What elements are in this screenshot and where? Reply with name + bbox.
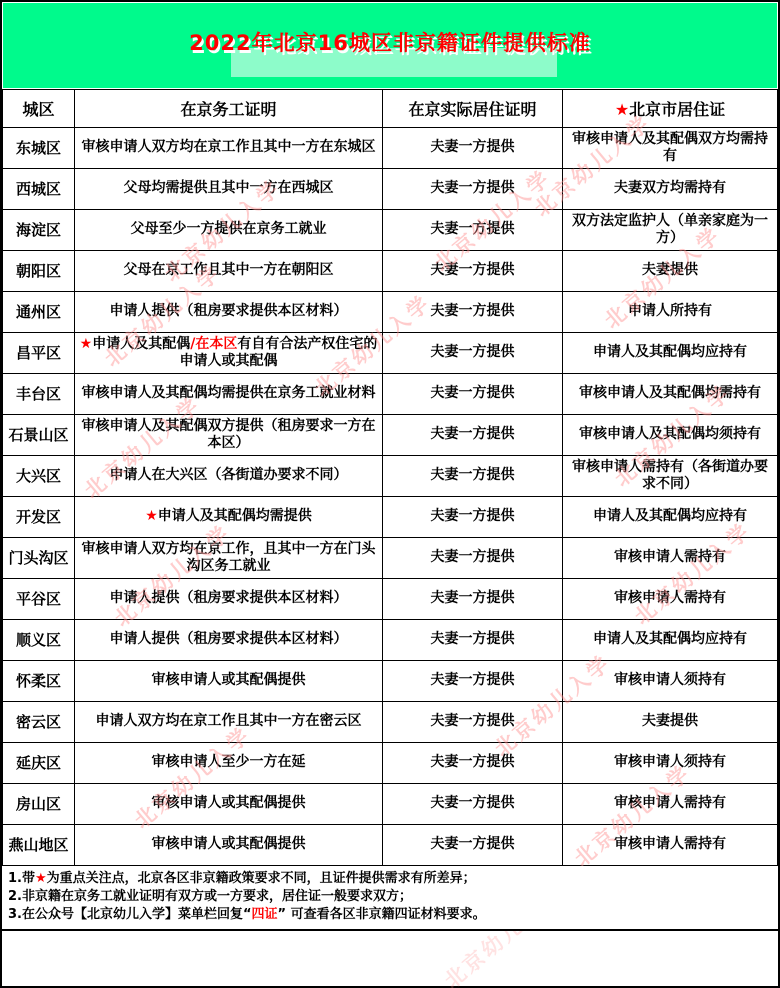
work-cell: 申请人提供（租房要求提供本区材料） [75,579,383,620]
work-cell: 审核申请人至少一方在延 [75,743,383,784]
work-text: 申请人双方均在京工作且其中一方在密云区 [96,713,362,729]
table-row: 燕山地区 审核申请人或其配偶提供 夫妻一方提供 审核申请人需持有 [3,825,778,866]
work-text: 父母均需提供且其中一方在西城区 [124,180,334,196]
footnotes: 1.带★为重点关注点，北京各区非京籍政策要求不同，且证件提供需求有所差异； 2.… [2,866,778,931]
permit-cell: 审核申请人需持有（各街道办要求不同） [563,456,778,497]
district-cell: 西城区 [3,169,75,210]
residence-cell: 夫妻一方提供 [383,538,563,579]
header-row: 城区 在京务工证明 在京实际居住证明 ★北京市居住证 [3,90,778,128]
work-text: 申请人及其配偶 [92,336,190,352]
work-cell: 父母在京工作且其中一方在朝阳区 [75,251,383,292]
header-work: 在京务工证明 [75,90,383,128]
residence-cell: 夫妻一方提供 [383,128,563,169]
residence-cell: 夫妻一方提供 [383,661,563,702]
table-row: 朝阳区 父母在京工作且其中一方在朝阳区 夫妻一方提供 夫妻提供 [3,251,778,292]
work-text: 父母在京工作且其中一方在朝阳区 [124,262,334,278]
district-cell: 房山区 [3,784,75,825]
work-cell: 申请人提供（租房要求提供本区材料） [75,620,383,661]
table-body: 东城区 审核申请人双方均在京工作且其中一方在东城区 夫妻一方提供 审核申请人及其… [3,128,778,866]
work-cell: 申请人在大兴区（各街道办要求不同） [75,456,383,497]
permit-cell: 申请人及其配偶均应持有 [563,620,778,661]
residence-cell: 夫妻一方提供 [383,333,563,374]
residence-cell: 夫妻一方提供 [383,292,563,333]
residence-cell: 夫妻一方提供 [383,825,563,866]
work-cell: 审核申请人双方均在京工作且其中一方在东城区 [75,128,383,169]
table-row: 顺义区 申请人提供（租房要求提供本区材料） 夫妻一方提供 申请人及其配偶均应持有 [3,620,778,661]
district-cell: 石景山区 [3,415,75,456]
title-banner: 2022年北京16城区非京籍证件提供标准 [3,3,777,88]
work-text: 审核申请人或其配偶提供 [152,672,306,688]
note-2: 2.非京籍在京务工就业证明有双方或一方要求，居住证一般要求双方； [8,888,772,906]
page-title: 2022年北京16城区非京籍证件提供标准 [3,27,777,57]
work-cell: 审核申请人双方均在京工作，且其中一方在门头沟区务工就业 [75,538,383,579]
permit-cell: 审核申请人需持有 [563,579,778,620]
work-text: 审核申请人或其配偶提供 [152,836,306,852]
work-cell: 审核申请人或其配偶提供 [75,784,383,825]
table-row: 怀柔区 审核申请人或其配偶提供 夫妻一方提供 审核申请人须持有 [3,661,778,702]
work-text: 申请人提供（租房要求提供本区材料） [110,590,348,606]
work-cell: ★申请人及其配偶/在本区有自有合法产权住宅的申请人或其配偶 [75,333,383,374]
work-cell: 审核申请人及其配偶双方提供（租房要求一方在本区） [75,415,383,456]
work-text: 审核申请人及其配偶均需提供在京务工就业材料 [82,385,376,401]
district-cell: 丰台区 [3,374,75,415]
table-row: 海淀区 父母至少一方提供在京务工就业 夫妻一方提供 双方法定监护人（单亲家庭为一… [3,210,778,251]
residence-cell: 夫妻一方提供 [383,374,563,415]
table-row: 开发区 ★申请人及其配偶均需提供 夫妻一方提供 申请人及其配偶均应持有 [3,497,778,538]
permit-cell: 夫妻提供 [563,702,778,743]
work-text: 申请人在大兴区（各街道办要求不同） [110,467,348,483]
work-text-red: /在本区 [190,336,237,352]
residence-cell: 夫妻一方提供 [383,743,563,784]
district-cell: 昌平区 [3,333,75,374]
table-row: 密云区 申请人双方均在京工作且其中一方在密云区 夫妻一方提供 夫妻提供 [3,702,778,743]
residence-cell: 夫妻一方提供 [383,620,563,661]
residence-cell: 夫妻一方提供 [383,251,563,292]
empty-footer-area [2,931,778,986]
residence-cell: 夫妻一方提供 [383,497,563,538]
permit-cell: 审核申请人及其配偶均需持有 [563,374,778,415]
permit-cell: 审核申请人须持有 [563,661,778,702]
work-cell: ★申请人及其配偶均需提供 [75,497,383,538]
residence-cell: 夫妻一方提供 [383,579,563,620]
district-cell: 密云区 [3,702,75,743]
table-row: 通州区 申请人提供（租房要求提供本区材料） 夫妻一方提供 申请人所持有 [3,292,778,333]
residence-cell: 夫妻一方提供 [383,210,563,251]
table-row: 西城区 父母均需提供且其中一方在西城区 夫妻一方提供 夫妻双方均需持有 [3,169,778,210]
work-text: 审核申请人及其配偶双方提供（租房要求一方在本区） [82,418,376,452]
work-text: 申请人提供（租房要求提供本区材料） [110,631,348,647]
permit-cell: 申请人所持有 [563,292,778,333]
work-cell: 审核申请人及其配偶均需提供在京务工就业材料 [75,374,383,415]
permit-cell: 申请人及其配偶均应持有 [563,333,778,374]
district-cell: 顺义区 [3,620,75,661]
permit-cell: 审核申请人及其配偶双方均需持有 [563,128,778,169]
permit-cell: 审核申请人须持有 [563,743,778,784]
work-text: 审核申请人至少一方在延 [152,754,306,770]
district-cell: 朝阳区 [3,251,75,292]
permit-cell: 审核申请人需持有 [563,825,778,866]
permit-cell: 审核申请人需持有 [563,538,778,579]
note-1: 1.带★为重点关注点，北京各区非京籍政策要求不同，且证件提供需求有所差异； [8,870,772,888]
district-cell: 门头沟区 [3,538,75,579]
work-cell: 父母均需提供且其中一方在西城区 [75,169,383,210]
work-cell: 审核申请人或其配偶提供 [75,661,383,702]
work-text: 申请人提供（租房要求提供本区材料） [110,303,348,319]
table-row: 平谷区 申请人提供（租房要求提供本区材料） 夫妻一方提供 审核申请人需持有 [3,579,778,620]
header-residence: 在京实际居住证明 [383,90,563,128]
permit-cell: 审核申请人需持有 [563,784,778,825]
note-3: 3.在公众号【北京幼儿入学】菜单栏回复“四证” 可查看各区非京籍四证材料要求。 [8,906,772,924]
table-row: 石景山区 审核申请人及其配偶双方提供（租房要求一方在本区） 夫妻一方提供 审核申… [3,415,778,456]
table-row: 大兴区 申请人在大兴区（各街道办要求不同） 夫妻一方提供 审核申请人需持有（各街… [3,456,778,497]
permit-cell: 夫妻双方均需持有 [563,169,778,210]
table-row: 房山区 审核申请人或其配偶提供 夫妻一方提供 审核申请人需持有 [3,784,778,825]
district-cell: 东城区 [3,128,75,169]
residence-cell: 夫妻一方提供 [383,456,563,497]
table-row: 延庆区 审核申请人至少一方在延 夫妻一方提供 审核申请人须持有 [3,743,778,784]
work-cell: 申请人提供（租房要求提供本区材料） [75,292,383,333]
infographic-page: 2022年北京16城区非京籍证件提供标准 城区 在京务工证明 在京实际居住证明 … [0,0,780,988]
district-cell: 平谷区 [3,579,75,620]
work-cell: 申请人双方均在京工作且其中一方在密云区 [75,702,383,743]
district-cell: 海淀区 [3,210,75,251]
permit-cell: 双方法定监护人（单亲家庭为一方） [563,210,778,251]
work-cell: 父母至少一方提供在京务工就业 [75,210,383,251]
residence-cell: 夫妻一方提供 [383,415,563,456]
table-row: 东城区 审核申请人双方均在京工作且其中一方在东城区 夫妻一方提供 审核申请人及其… [3,128,778,169]
district-cell: 燕山地区 [3,825,75,866]
residence-cell: 夫妻一方提供 [383,784,563,825]
table-row: 丰台区 审核申请人及其配偶均需提供在京务工就业材料 夫妻一方提供 审核申请人及其… [3,374,778,415]
table-header: 城区 在京务工证明 在京实际居住证明 ★北京市居住证 [3,90,778,128]
district-cell: 大兴区 [3,456,75,497]
work-text: 审核申请人或其配偶提供 [152,795,306,811]
header-district: 城区 [3,90,75,128]
table-row: 昌平区 ★申请人及其配偶/在本区有自有合法产权住宅的申请人或其配偶 夫妻一方提供… [3,333,778,374]
header-permit-label: 北京市居住证 [629,100,725,119]
residence-cell: 夫妻一方提供 [383,169,563,210]
district-cell: 通州区 [3,292,75,333]
work-cell: 审核申请人或其配偶提供 [75,825,383,866]
header-permit: ★北京市居住证 [563,90,778,128]
star-icon: ★ [35,871,47,886]
star-icon: ★ [80,336,93,352]
permit-cell: 夫妻提供 [563,251,778,292]
district-cell: 怀柔区 [3,661,75,702]
work-text: 审核申请人双方均在京工作且其中一方在东城区 [82,139,376,155]
keyword-red: 四证 [252,907,278,922]
table-row: 门头沟区 审核申请人双方均在京工作，且其中一方在门头沟区务工就业 夫妻一方提供 … [3,538,778,579]
residence-cell: 夫妻一方提供 [383,702,563,743]
district-cell: 延庆区 [3,743,75,784]
permit-cell: 审核申请人及其配偶均须持有 [563,415,778,456]
district-cell: 开发区 [3,497,75,538]
permit-cell: 申请人及其配偶均应持有 [563,497,778,538]
star-icon: ★ [145,508,158,524]
requirements-table: 城区 在京务工证明 在京实际居住证明 ★北京市居住证 东城区 审核申请人双方均在… [2,89,778,866]
star-icon: ★ [615,100,629,119]
work-text: 申请人及其配偶均需提供 [158,508,312,524]
work-text: 审核申请人双方均在京工作，且其中一方在门头沟区务工就业 [82,541,376,575]
work-text: 父母至少一方提供在京务工就业 [131,221,327,237]
